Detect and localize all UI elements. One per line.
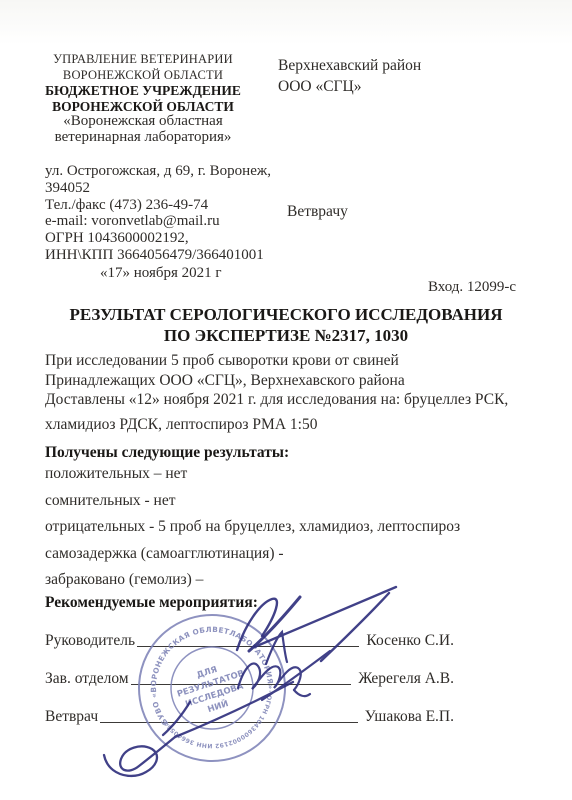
recipient-district: Верхнехавский район [278,55,421,76]
address-line: ул. Острогожская, д 69, г. Воронеж, [45,163,271,180]
ogrn-line: ОГРН 1043600002192, [45,230,271,247]
result-item: сомнительных - нет [45,492,545,510]
body-line: При исследовании 5 проб сыворотки крови … [45,351,545,371]
org-lab-name: ветеринарная лаборатория» [36,130,250,146]
body-line: Доставлены «12» ноября 2021 г. для иссле… [45,390,545,410]
org-lab-name: «Воронежская областная [36,114,250,130]
result-item: забраковано (гемолиз) – [45,571,545,589]
title-line-1: РЕЗУЛЬТАТ СЕРОЛОГИЧЕСКОГО ИССЛЕДОВАНИЯ [0,305,572,326]
recipient-block: Верхнехавский район ООО «СГЦ» [278,55,421,97]
org-line: УПРАВЛЕНИЕ ВЕТЕРИНАРИИ [36,52,250,68]
scanned-letter-page: УПРАВЛЕНИЕ ВЕТЕРИНАРИИ ВОРОНЕЖСКОЙ ОБЛАС… [0,0,572,800]
signer-role: Ветврач [45,708,98,726]
postal-code: 394052 [45,180,271,197]
signer-name: Жерегеля А.В. [358,670,454,688]
signer-name: Косенко С.И. [366,632,454,650]
org-header: УПРАВЛЕНИЕ ВЕТЕРИНАРИИ ВОРОНЕЖСКОЙ ОБЛАС… [36,52,250,145]
document-title: РЕЗУЛЬТАТ СЕРОЛОГИЧЕСКОГО ИССЛЕДОВАНИЯ П… [0,305,572,346]
official-stamp: БУВО «ВОРОНЕЖСКАЯ ОБЛВЕТЛАБОРАТОРИЯ» · О… [134,610,290,766]
letter-date: «17» ноября 2021 г [100,264,271,282]
result-item: отрицательных - 5 проб на бруцеллез, хла… [45,518,545,536]
inn-kpp-line: ИНН\КПП 3664056479/366401001 [45,247,271,264]
signer-name: Ушакова Е.П. [365,708,454,726]
result-item: положительных – нет [45,465,545,483]
signer-role: Руководитель [45,632,135,650]
signer-role: Зав. отделом [45,670,129,688]
results-section: Получены следующие результаты: положител… [45,443,545,598]
recipient-company: ООО «СГЦ» [278,76,421,97]
contacts-block: ул. Острогожская, д 69, г. Воронеж, 3940… [45,163,271,282]
addressee-label: Ветврачу [287,203,348,221]
body-line: хламидиоз РДСК, лептоспироз РМА 1:50 [45,415,545,435]
org-line: ВОРОНЕЖСКОЙ ОБЛАСТИ [36,68,250,84]
result-item: самозадержка (самоагглютинация) - [45,545,545,563]
org-line-bold: БЮДЖЕТНОЕ УЧРЕЖДЕНИЕ [36,83,250,99]
email-line: e-mail: voronvetlab@mail.ru [45,213,271,230]
results-heading: Получены следующие результаты: [45,443,545,462]
incoming-number: Вход. 12099-с [428,279,516,296]
title-line-2: ПО ЭКСПЕРТИЗЕ №2317, 1030 [0,326,572,347]
org-line-bold: ВОРОНЕЖСКОЙ ОБЛАСТИ [36,99,250,115]
body-line: Принадлежащих ООО «СГЦ», Верхнехавского … [45,371,545,391]
phone-line: Тел./факс (473) 236-49-74 [45,197,271,214]
body-paragraph: При исследовании 5 проб сыворотки крови … [45,351,545,434]
